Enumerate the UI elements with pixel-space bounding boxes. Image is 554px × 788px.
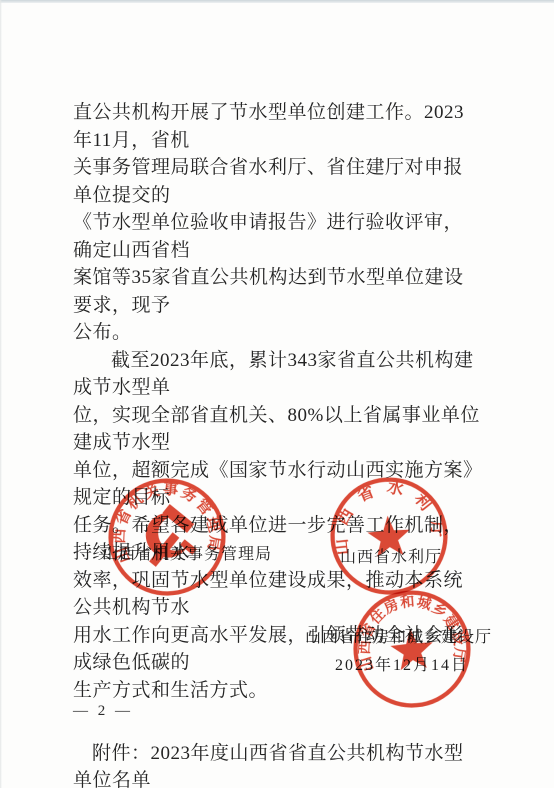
hammer-sickle-icon — [143, 502, 199, 568]
attachment-line: 附件：2023年度山西省省直公共机构节水型单位名单 — [73, 740, 481, 788]
scan-edge-artifact — [0, 0, 554, 3]
official-seal-zhujianting: 山西省住房和城乡建设厅 — [346, 583, 478, 715]
paragraph-1: 直公共机构开展了节水型单位创建工作。2023年11月，省机关事务管理局联合省水利… — [73, 99, 481, 347]
page-number: — 2 — — [73, 703, 133, 720]
official-seal-jiguanshiwu: 山西省机关事务管理局 — [100, 470, 234, 604]
scan-edge-artifact-left — [0, 0, 2, 788]
official-seal-shuilitng: 山西省水利厅 — [324, 471, 454, 601]
document-page: 直公共机构开展了节水型单位创建工作。2023年11月，省机关事务管理局联合省水利… — [0, 0, 554, 788]
star-icon — [389, 627, 435, 671]
star-icon — [366, 514, 411, 557]
